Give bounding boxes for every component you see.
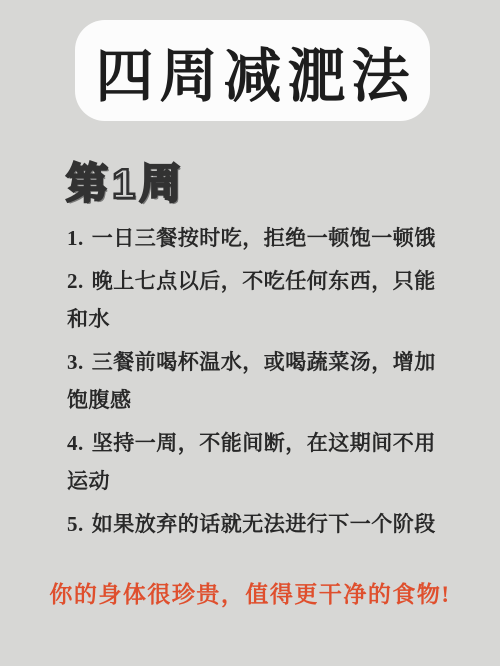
item-text: 饱腹感 (67, 388, 132, 412)
tip-line: 饱腹感 (67, 381, 487, 419)
item-text: 三餐前喝杯温水，或喝蔬菜汤，增加 (92, 350, 436, 374)
item-number: 3. (67, 350, 84, 374)
item-number: 1. (67, 226, 84, 250)
tip-line: 2.晚上七点以后，不吃任何东西，只能 (67, 262, 487, 300)
tip-line: 3.三餐前喝杯温水，或喝蔬菜汤，增加 (67, 343, 487, 381)
item-text: 一日三餐按时吃，拒绝一顿饱一顿饿 (92, 226, 436, 250)
tip-line: 和水 (67, 300, 487, 338)
poster-title: 四周减淝法 (89, 29, 415, 113)
item-number: 4. (67, 431, 84, 455)
list-item: 2.晚上七点以后，不吃任何东西，只能 和水 (67, 262, 487, 338)
item-text: 和水 (67, 307, 110, 331)
tips-list: 1.一日三餐按时吃，拒绝一顿饱一顿饿 2.晚上七点以后，不吃任何东西，只能 和水… (67, 219, 487, 548)
list-item: 3.三餐前喝杯温水，或喝蔬菜汤，增加 饱腹感 (67, 343, 487, 419)
item-text: 坚持一周，不能间断，在这期间不用 (92, 431, 436, 455)
item-text: 晚上七点以后，不吃任何东西，只能 (92, 269, 436, 293)
tip-line: 5.如果放弃的话就无法进行下一个阶段 (67, 505, 487, 543)
tip-line: 运动 (67, 462, 487, 500)
item-text: 运动 (67, 469, 110, 493)
week-heading: 第1周 (66, 160, 185, 208)
tip-line: 1.一日三餐按时吃，拒绝一顿饱一顿饿 (67, 219, 487, 257)
item-number: 5. (67, 512, 84, 536)
list-item: 1.一日三餐按时吃，拒绝一顿饱一顿饿 (67, 219, 487, 257)
poster: 四周减淝法 第1周 1.一日三餐按时吃，拒绝一顿饱一顿饿 2.晚上七点以后，不吃… (0, 0, 500, 666)
item-number: 2. (67, 269, 84, 293)
tip-line: 4.坚持一周，不能间断，在这期间不用 (67, 424, 487, 462)
list-item: 4.坚持一周，不能间断，在这期间不用 运动 (67, 424, 487, 500)
item-text: 如果放弃的话就无法进行下一个阶段 (92, 512, 436, 536)
footer-slogan: 你的身体很珍贵，值得更干净的食物! (0, 581, 500, 609)
title-card: 四周减淝法 (75, 20, 430, 121)
list-item: 5.如果放弃的话就无法进行下一个阶段 (67, 505, 487, 543)
